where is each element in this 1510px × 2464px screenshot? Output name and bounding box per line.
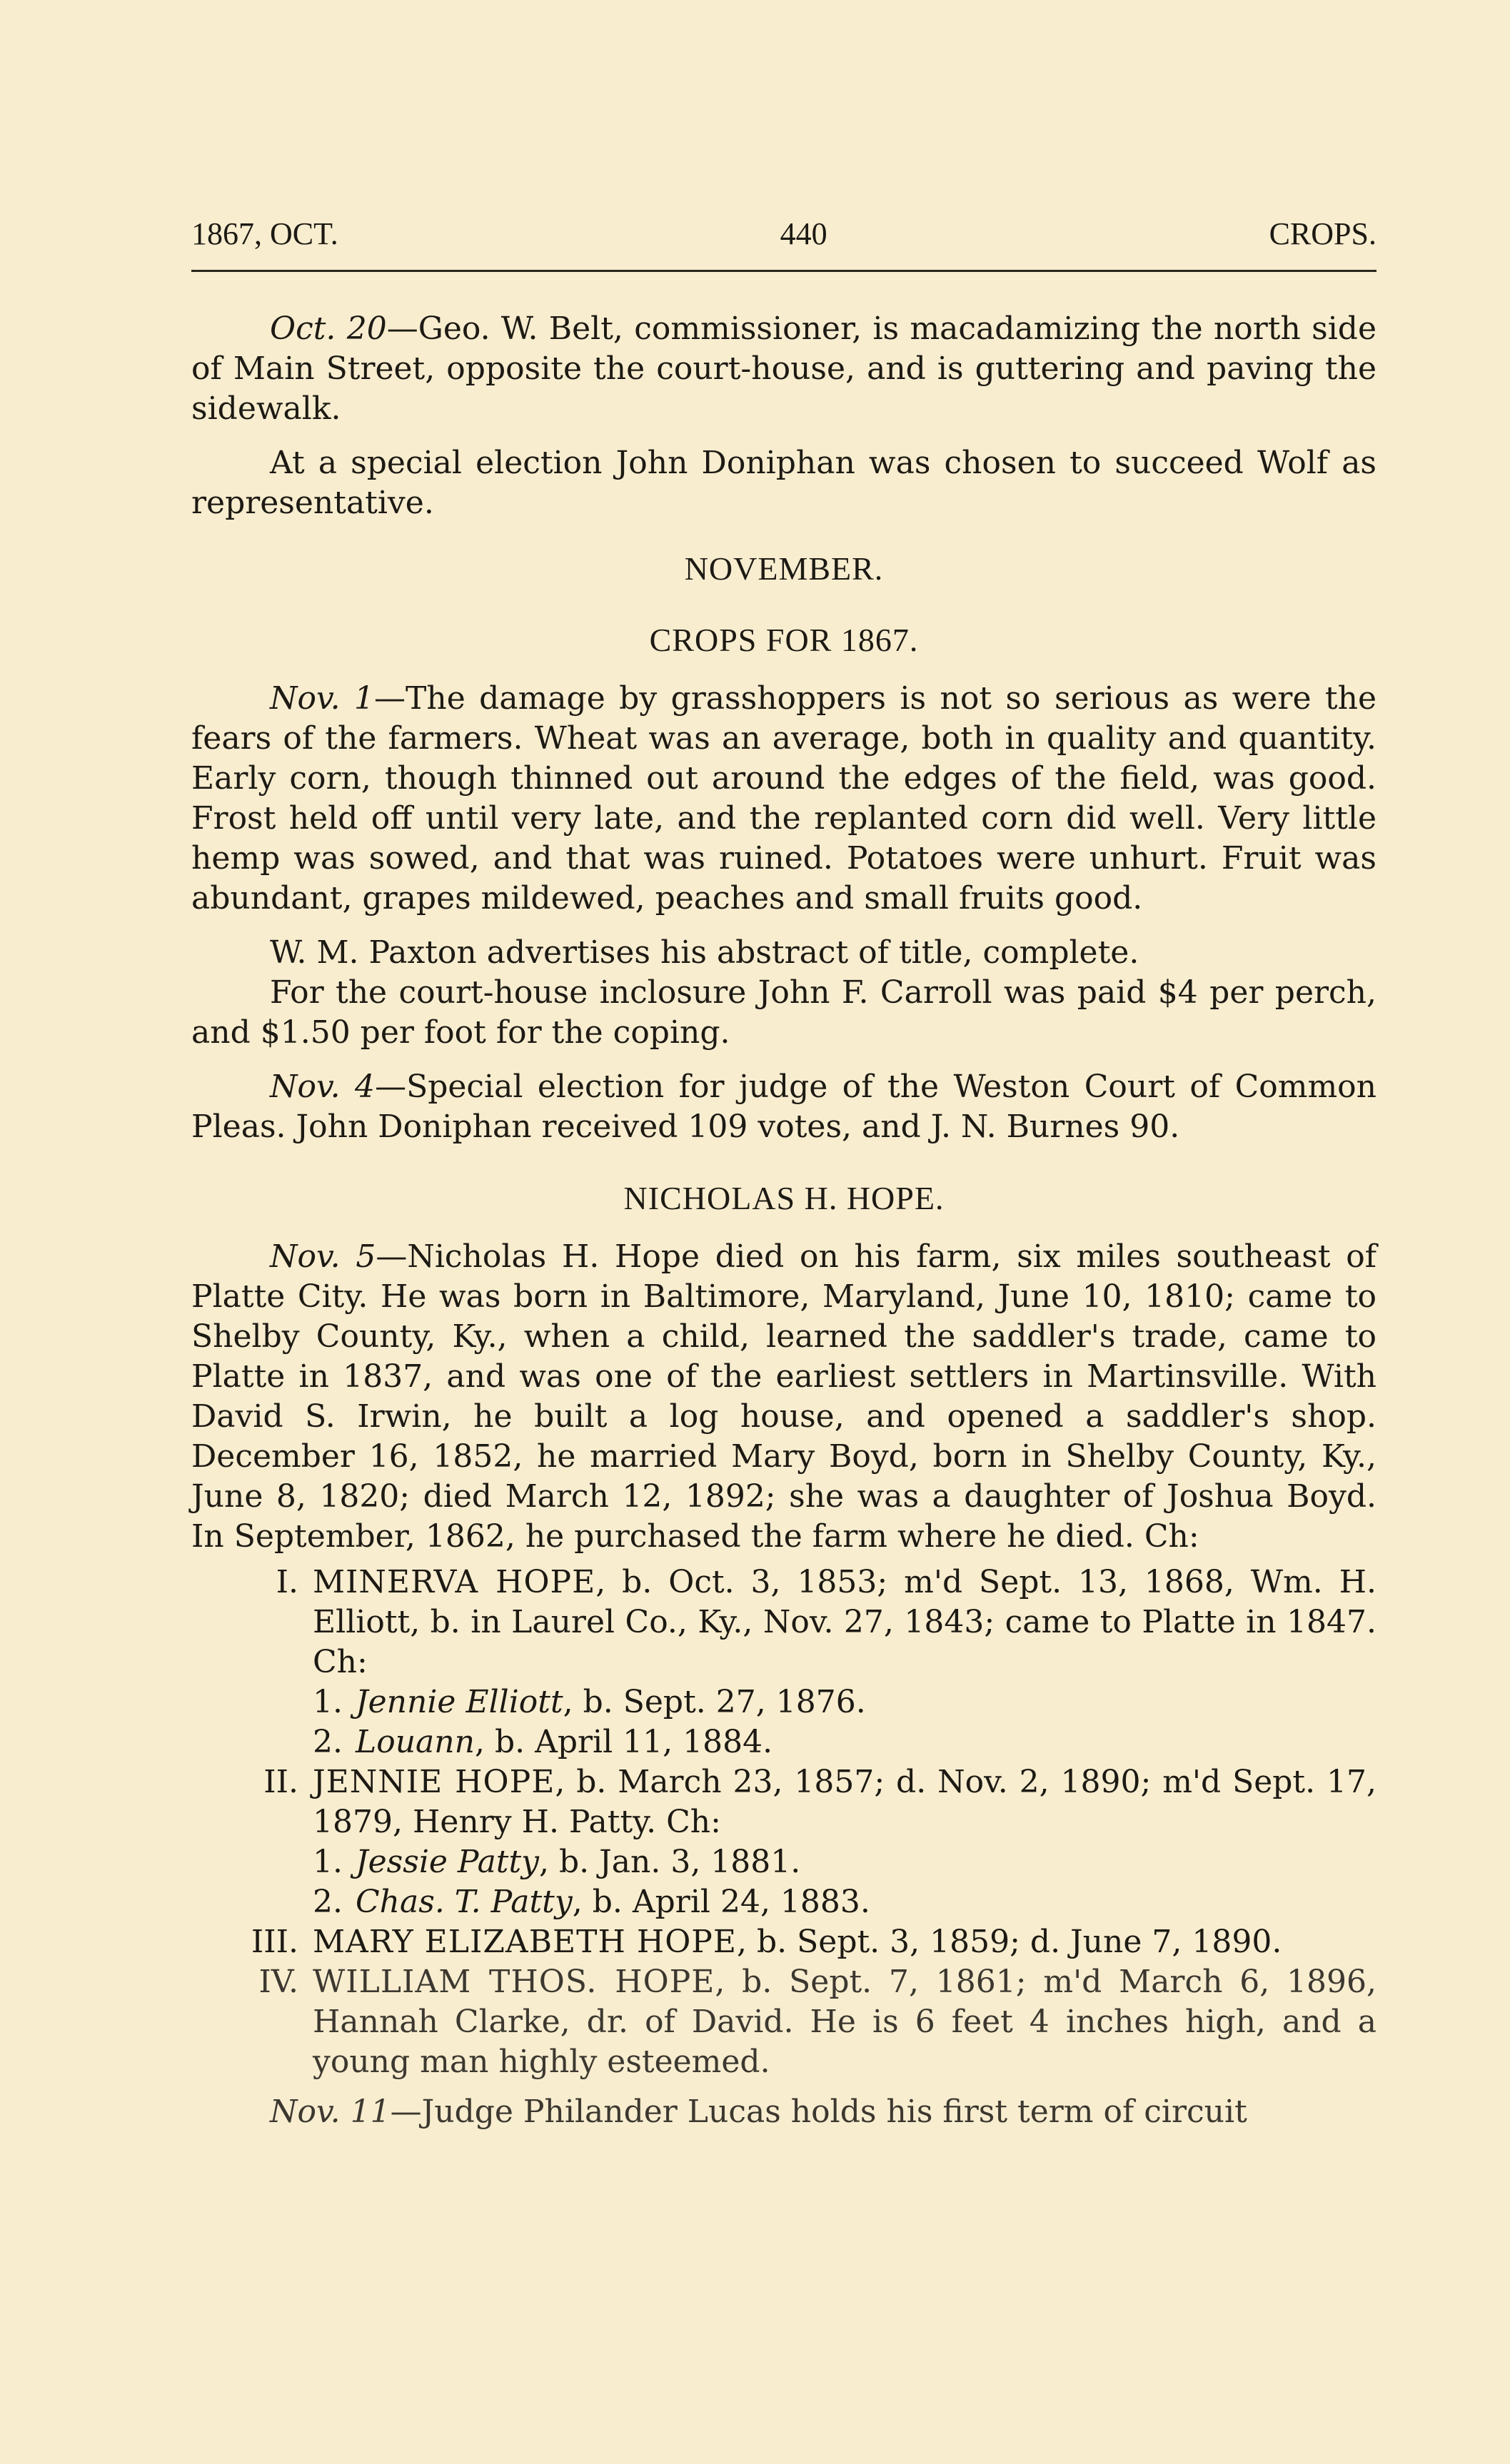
entry-oct-20: Oct. 20—Geo. W. Belt, commissioner, is m… bbox=[191, 309, 1376, 429]
child-entry: III.MARY ELIZABETH HOPE, b. Sept. 3, 185… bbox=[191, 1922, 1376, 1962]
entry-date: Oct. 20 bbox=[270, 310, 387, 347]
children-list: I.MINERVA HOPE, b. Oct. 3, 1853; m'd Sep… bbox=[191, 1562, 1376, 2082]
child-number: II. bbox=[191, 1762, 298, 1802]
entry-date: Nov. 11 bbox=[270, 2094, 391, 2130]
grandchild-entry: 1.Jennie Elliott, b. Sept. 27, 1876. bbox=[191, 1682, 1376, 1722]
grandchild-entry: 1.Jessie Patty, b. Jan. 3, 1881. bbox=[191, 1842, 1376, 1882]
child-name: MINERVA HOPE bbox=[313, 1564, 595, 1600]
child-name: WILLIAM THOS. HOPE bbox=[313, 1964, 715, 2000]
grandchild-name: Chas. T. Patty bbox=[356, 1884, 573, 1920]
grandchild-details: , b. Jan. 3, 1881. bbox=[539, 1844, 800, 1880]
child-number: III. bbox=[191, 1922, 298, 1962]
grandchild-entry: 2.Louann, b. April 11, 1884. bbox=[191, 1722, 1376, 1762]
entry-date: Nov. 4 bbox=[270, 1069, 375, 1105]
grandchild-number: 2. bbox=[313, 1882, 343, 1922]
entry-paxton: W. M. Paxton advertises his abstract of … bbox=[191, 933, 1376, 973]
child-name: JENNIE HOPE bbox=[313, 1764, 555, 1800]
child-entry: I.MINERVA HOPE, b. Oct. 3, 1853; m'd Sep… bbox=[191, 1562, 1376, 1682]
entry-date: Nov. 1 bbox=[270, 680, 374, 717]
child-entry: II.JENNIE HOPE, b. March 23, 1857; d. No… bbox=[191, 1762, 1376, 1842]
entry-text: —Nicholas H. Hope died on his farm, six … bbox=[191, 1238, 1376, 1555]
entry-nov-4: Nov. 4—Special election for judge of the… bbox=[191, 1067, 1376, 1147]
grandchild-name: Jennie Elliott bbox=[356, 1684, 563, 1720]
heading-november: NOVEMBER. bbox=[191, 549, 1376, 589]
entry-special-election: At a special election John Doniphan was … bbox=[191, 443, 1376, 523]
child-entry: IV.WILLIAM THOS. HOPE, b. Sept. 7, 1861;… bbox=[191, 1962, 1376, 2082]
page-number: 440 bbox=[780, 214, 827, 254]
grandchild-name: Louann bbox=[356, 1724, 475, 1760]
grandchild-name: Jessie Patty bbox=[356, 1844, 539, 1880]
grandchild-entry: 2.Chas. T. Patty, b. April 24, 1883. bbox=[191, 1882, 1376, 1922]
grandchild-number: 1. bbox=[313, 1842, 343, 1882]
child-number: I. bbox=[191, 1562, 298, 1602]
entry-nov-5: Nov. 5—Nicholas H. Hope died on his farm… bbox=[191, 1237, 1376, 1557]
header-date: 1867, OCT. bbox=[191, 214, 338, 254]
grandchild-details: , b. Sept. 27, 1876. bbox=[563, 1684, 866, 1720]
grandchild-details: , b. April 11, 1884. bbox=[475, 1724, 772, 1760]
entry-carroll: For the court-house inclosure John F. Ca… bbox=[191, 973, 1376, 1053]
entry-text: —Judge Philander Lucas holds his first t… bbox=[391, 2094, 1247, 2130]
grandchild-number: 2. bbox=[313, 1722, 343, 1762]
child-details: , b. Sept. 3, 1859; d. June 7, 1890. bbox=[737, 1924, 1282, 1960]
grandchild-details: , b. April 24, 1883. bbox=[573, 1884, 870, 1920]
heading-nicholas-hope: NICHOLAS H. HOPE. bbox=[191, 1178, 1376, 1218]
child-name: MARY ELIZABETH HOPE bbox=[313, 1924, 737, 1960]
book-page: 1867, OCT. 440 CROPS. Oct. 20—Geo. W. Be… bbox=[191, 214, 1376, 2146]
entry-nov-1: Nov. 1—The damage by grasshoppers is not… bbox=[191, 679, 1376, 919]
header-section: CROPS. bbox=[1269, 214, 1376, 254]
grandchild-number: 1. bbox=[313, 1682, 343, 1722]
running-header: 1867, OCT. 440 CROPS. bbox=[191, 214, 1376, 272]
entry-nov-11: Nov. 11—Judge Philander Lucas holds his … bbox=[191, 2092, 1376, 2132]
entry-date: Nov. 5 bbox=[270, 1238, 376, 1275]
heading-crops: CROPS FOR 1867. bbox=[191, 620, 1376, 660]
child-number: IV. bbox=[191, 1962, 298, 2002]
